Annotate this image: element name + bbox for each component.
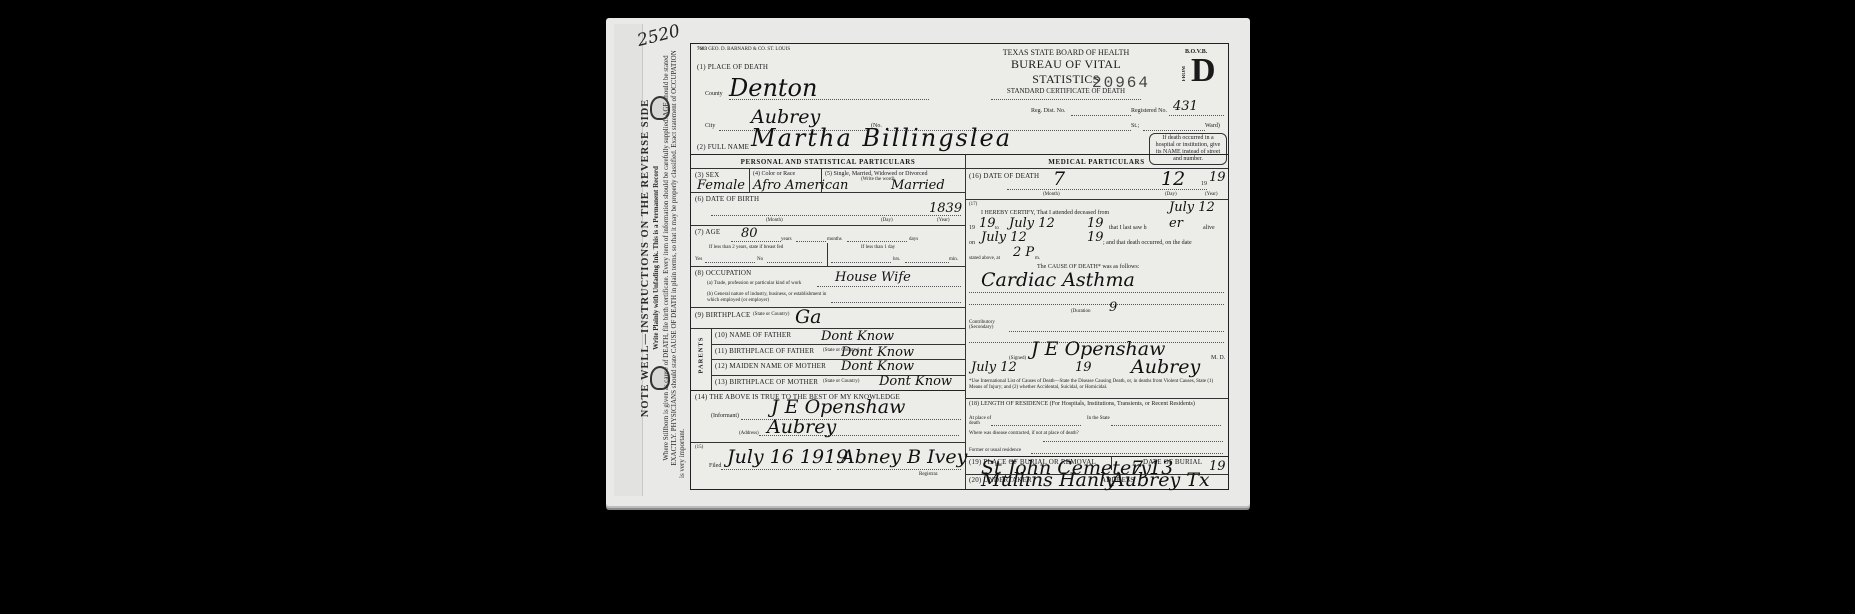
registered-no-label: Registered No. — [1131, 108, 1167, 114]
registered-no-line — [1169, 115, 1224, 116]
hrs-line — [831, 262, 891, 263]
death-occurred-text: ; and that death occurred, on the date — [1103, 240, 1192, 246]
dob-month-label: (Month) — [766, 218, 783, 223]
dod-month-label: (Month) — [1043, 192, 1060, 197]
margin-line-3: is very important. — [678, 38, 686, 478]
attended-to-value: July 12 — [1009, 216, 1055, 231]
age-label: (7) AGE — [695, 228, 720, 236]
address-label: (Address) — [739, 431, 759, 436]
cause-line — [969, 292, 1224, 293]
months-line — [796, 241, 826, 242]
row-line — [691, 442, 965, 443]
age-years-value: 80 — [741, 226, 758, 241]
board-name: TEXAS STATE BOARD OF HEALTH — [991, 48, 1141, 57]
certificate-number: 20964 — [1092, 74, 1150, 92]
row-line — [965, 398, 1228, 399]
disease-contracted-label: Where was disease contracted, if not at … — [969, 431, 1079, 436]
cell-divider — [821, 168, 822, 192]
dod-year-value: 19 — [1209, 170, 1226, 185]
time-value: 2 P — [1013, 245, 1034, 260]
duration-label: (Duration — [1071, 309, 1090, 314]
dod-month-value: 7 — [1053, 168, 1065, 190]
marital-hint: (Write the word) — [861, 177, 894, 182]
registrar-value: Abney B Ivey — [841, 446, 967, 468]
filed-date-value: July 16 1919 — [727, 446, 848, 468]
registrar-line — [837, 469, 961, 470]
yes-line — [705, 262, 755, 263]
cause-footnote: *Use International List of Causes of Dea… — [969, 379, 1225, 391]
filed-line — [721, 469, 831, 470]
margin-instructions: NOTE WELL—INSTRUCTIONS ON THE REVERSE SI… — [642, 38, 692, 478]
ward-line — [1143, 130, 1205, 131]
marital-value: Married — [891, 178, 945, 193]
mother-label: (12) MAIDEN NAME OF MOTHER — [715, 362, 826, 370]
years-label: years — [781, 237, 792, 242]
occupation-line — [817, 286, 961, 287]
in-state-line — [1111, 425, 1221, 426]
certificate-form: 7683 GEO. D. BARNARD & CO. ST. LOUIS (1)… — [690, 43, 1229, 490]
margin-subheading: Write Plainly with Unfading Ink. This is… — [652, 38, 660, 478]
registrar-label: Registrar. — [919, 472, 938, 477]
no-label: No — [757, 257, 763, 262]
attended-from-value: July 12 — [1169, 200, 1215, 215]
informant-value: J E Openshaw — [771, 396, 905, 418]
margin-heading: NOTE WELL—INSTRUCTIONS ON THE REVERSE SI… — [642, 38, 650, 478]
form-number-line: 7683 GEO. D. BARNARD & CO. ST. LOUIS — [697, 47, 790, 52]
dob-line — [711, 215, 961, 216]
contributory-line — [1009, 331, 1224, 332]
last-saw-pronoun: er — [1169, 216, 1183, 231]
birthplace-value: Ga — [795, 306, 822, 328]
breast-fed-label: If less than 2 years, state if breast fe… — [709, 245, 783, 250]
date-of-death-label: (16) DATE OF DEATH — [969, 172, 1039, 180]
undertaker-value: Mullins Hanly — [981, 469, 1116, 491]
personal-section-title: PERSONAL AND STATISTICAL PARTICULARS — [691, 158, 965, 166]
last-saw-text: that I last saw h — [1109, 225, 1147, 231]
attended-from-year-prefix: 19 — [969, 225, 975, 231]
informant-address-value: Aubrey — [767, 416, 836, 438]
county-label: County — [705, 91, 723, 97]
place-of-death-label: (1) PLACE OF DEATH — [697, 63, 768, 71]
county-value: Denton — [729, 74, 817, 102]
cell-divider — [827, 243, 828, 266]
row-line — [691, 307, 965, 308]
margin-line-1: Where Stillborn is given as cause of DEA… — [662, 38, 670, 478]
industry-line — [831, 302, 961, 303]
row-line — [691, 168, 965, 169]
attended-to-year: 19 — [1087, 216, 1104, 231]
margin-line-2: EXACTLY. PHYSICIANS should state CAUSE O… — [670, 38, 678, 478]
parents-label: PARENTS — [698, 338, 705, 374]
death-certificate-paper: 2520 NOTE WELL—INSTRUCTIONS ON THE REVER… — [606, 18, 1250, 506]
filed-label: Filed — [709, 463, 721, 469]
form-number: 7683 — [697, 47, 707, 52]
divider-dots — [991, 99, 1141, 100]
former-residence-line — [1031, 453, 1223, 454]
stated-above-label: stated above, at — [969, 256, 1000, 261]
no-line — [767, 262, 822, 263]
mother-birthplace-value: Dont Know — [879, 374, 952, 389]
binding-strip — [614, 24, 643, 496]
cause-line-2 — [969, 304, 1224, 305]
yes-label: Yes — [695, 257, 702, 262]
signed-date: July 12 — [971, 360, 1017, 375]
dod-day-value: 12 — [1161, 168, 1185, 190]
md-label: M. D. — [1211, 355, 1225, 361]
former-residence-label: Former or usual residence — [969, 448, 1021, 453]
header-divider — [691, 154, 1228, 155]
row-line — [711, 344, 965, 345]
father-birthplace-label: (11) BIRTHPLACE OF FATHER — [715, 347, 814, 355]
months-label: months — [827, 237, 842, 242]
full-name-value: Martha Billingslea — [751, 124, 1012, 152]
dob-year-label: (Year) — [937, 218, 950, 223]
on-label: on — [969, 240, 975, 246]
undertaker-address-value: Aubrey Tx — [1111, 469, 1210, 491]
dob-year-value: 1839 — [929, 201, 962, 216]
at-place-line — [991, 425, 1081, 426]
years-line — [731, 241, 781, 242]
sex-value: Female — [697, 178, 745, 193]
ward-label: Ward) — [1205, 123, 1220, 129]
hrs-label: hrs. — [893, 257, 900, 262]
occupation-label: (8) OCCUPATION — [695, 269, 751, 277]
printer: GEO. D. BARNARD & CO. ST. LOUIS — [708, 47, 790, 52]
days-line — [847, 241, 907, 242]
row-line — [711, 359, 965, 360]
filed-number: (15) — [695, 445, 703, 450]
column-divider — [965, 154, 966, 489]
days-label: days — [909, 237, 918, 242]
dod-year-prefix: 19 — [1201, 181, 1207, 187]
alive-label: alive — [1203, 225, 1215, 231]
row-line — [965, 168, 1228, 169]
form-code-side: FROM — [1182, 66, 1187, 81]
min-label: min. — [949, 257, 958, 262]
contributory-label: Contributory (Secondary) — [969, 320, 1009, 330]
duration-years: 9 — [1109, 300, 1117, 315]
father-birthplace-value: Dont Know — [841, 345, 914, 360]
row-line — [691, 225, 965, 226]
birthplace-label: (9) BIRTHPLACE — [695, 311, 750, 319]
residence-label: (18) LENGTH OF RESIDENCE (For Hospitals,… — [969, 401, 1225, 407]
signed-year: 19 — [1075, 360, 1092, 375]
last-saw-year: 19 — [1087, 230, 1104, 245]
color-value: Afro American — [753, 178, 848, 193]
reg-dist-line — [1071, 115, 1131, 116]
parents-label-wrap: PARENTS — [683, 352, 719, 359]
state-country-hint: (State or Country) — [823, 379, 859, 384]
dob-day-label: (Day) — [881, 218, 893, 223]
occupation-value: House Wife — [835, 270, 911, 285]
disease-line — [1043, 441, 1223, 442]
father-label: (10) NAME OF FATHER — [715, 331, 791, 339]
row-line — [691, 390, 965, 391]
burial-year-value: 19 — [1209, 459, 1226, 474]
mother-value: Dont Know — [841, 359, 914, 374]
occupation-a-label: (a) Trade, profession or particular kind… — [707, 281, 801, 286]
father-value: Dont Know — [821, 329, 894, 344]
certify-number: (17) — [969, 202, 977, 207]
registered-no-value: 431 — [1173, 99, 1198, 114]
min-line — [905, 262, 949, 263]
less-day-label: If less than 1 day — [861, 245, 895, 250]
cause-value: Cardiac Asthma — [981, 269, 1135, 291]
form-letter: D — [1191, 52, 1216, 90]
in-state-label: In the State — [1087, 416, 1113, 421]
informant-label: (Informant) — [711, 413, 739, 419]
color-label: (4) Color or Race — [753, 171, 795, 177]
st-label: St.; — [1131, 123, 1139, 129]
cell-divider — [749, 168, 750, 192]
m-label: m. — [1035, 256, 1040, 261]
row-line — [691, 266, 965, 267]
dob-label: (6) DATE OF BIRTH — [695, 195, 759, 203]
birthplace-hint: (State or Country) — [753, 312, 789, 317]
dod-day-label: (Day) — [1165, 192, 1177, 197]
row-line — [691, 192, 965, 193]
dod-year-label: (Year) — [1205, 192, 1218, 197]
medical-section-title: MEDICAL PARTICULARS — [965, 158, 1228, 166]
city-label: City — [705, 123, 715, 129]
mother-birthplace-label: (13) BIRTHPLACE OF MOTHER — [715, 378, 818, 386]
attended-from-year: 19 — [979, 216, 996, 231]
physician-address: Aubrey — [1131, 356, 1200, 378]
occupation-b-label: (b) General nature of industry, business… — [707, 292, 827, 304]
reg-dist-label: Reg. Dist. No. — [1031, 108, 1066, 114]
full-name-label: (2) FULL NAME — [697, 143, 749, 151]
last-saw-date: July 12 — [981, 230, 1027, 245]
